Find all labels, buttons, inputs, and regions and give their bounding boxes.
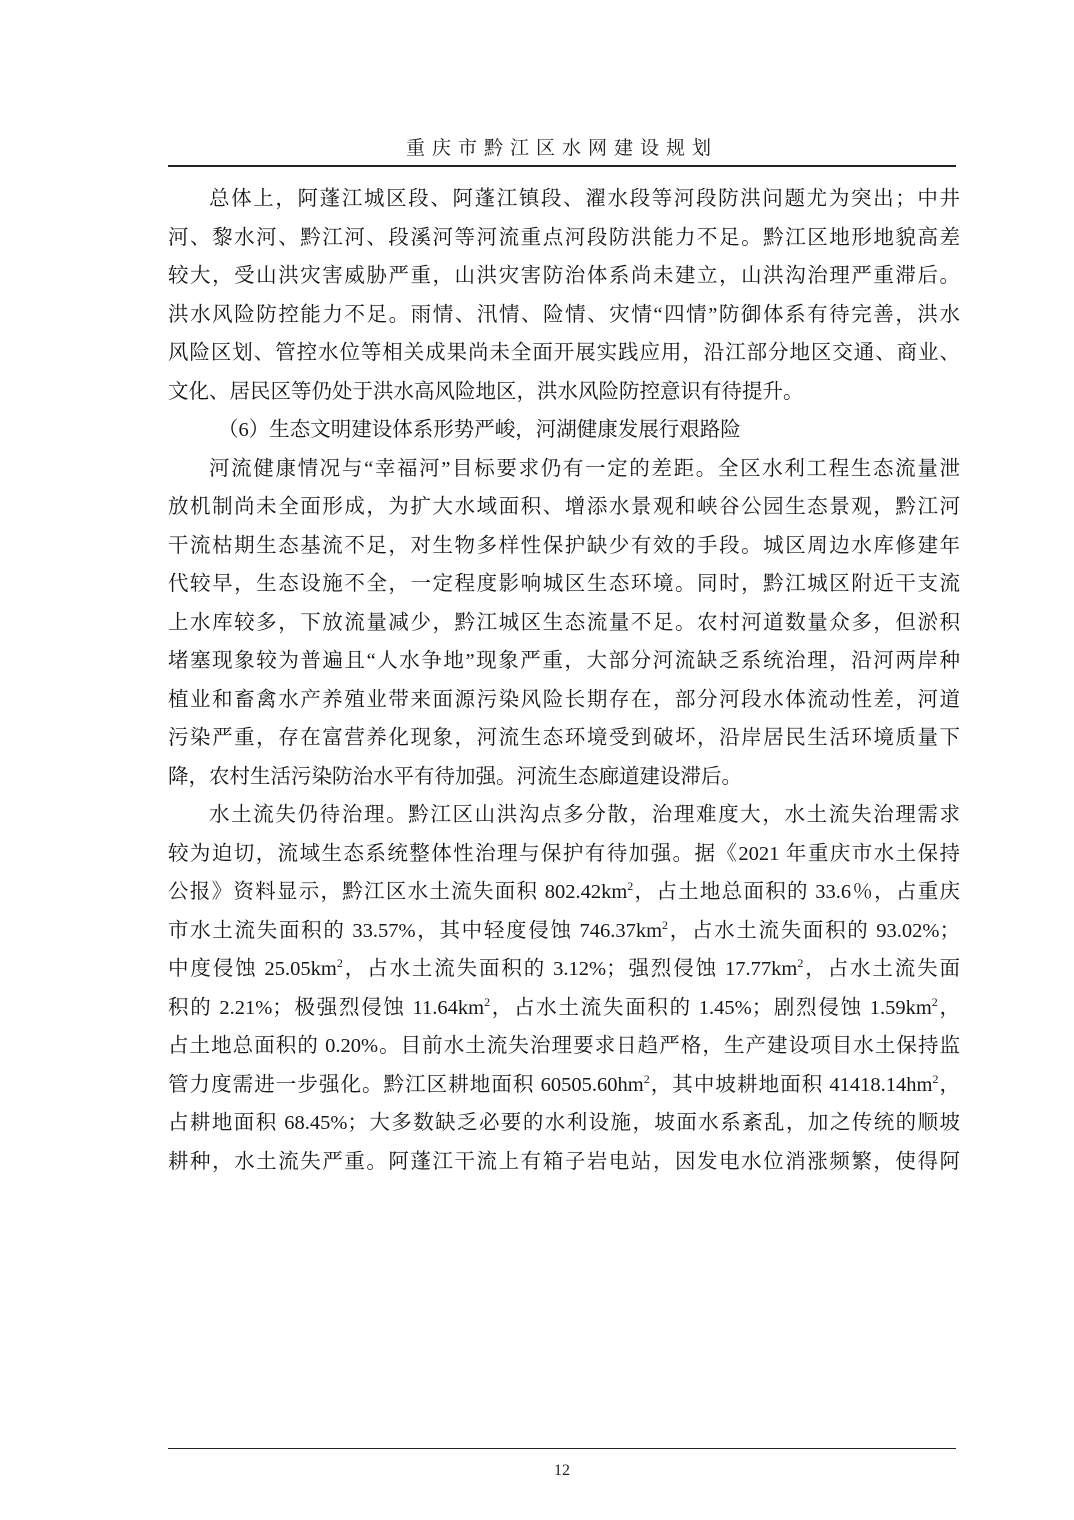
superscript: 2: [484, 995, 490, 1009]
text-line: 降，农村生活污染防治水平有待加强。河流生态廊道建设滞后。: [168, 758, 960, 797]
text-line: 干流枯期生态基流不足，对生物多样性保护缺少有效的手段。城区周边水库修建年: [168, 527, 960, 566]
superscript: 2: [337, 956, 343, 970]
text-line: 积的 2.21%；极强烈侵蚀 11.64km2，占水土流失面积的 1.45%；剧…: [168, 989, 960, 1028]
header-divider: [168, 165, 956, 167]
running-header: 重庆市黔江区水网建设规划: [168, 133, 956, 160]
text-line: 河流健康情况与“幸福河”目标要求仍有一定的差距。全区水利工程生态流量泄: [168, 450, 960, 489]
text-line: 总体上，阿蓬江城区段、阿蓬江镇段、濯水段等河段防洪问题尤为突出；中井: [168, 180, 960, 219]
text-line: 市水土流失面积的 33.57%，其中轻度侵蚀 746.37km2，占水土流失面积…: [168, 912, 960, 951]
superscript: 2: [797, 956, 803, 970]
text-line: 河、黎水河、黔江河、段溪河等河流重点河段防洪能力不足。黔江区地形地貌高差: [168, 219, 960, 258]
body-text: 总体上，阿蓬江城区段、阿蓬江镇段、濯水段等河段防洪问题尤为突出；中井 河、黎水河…: [168, 180, 960, 1181]
text-line: 较为迫切，流域生态系统整体性治理与保护有待加强。据《2021 年重庆市水土保持: [168, 835, 960, 874]
text-line: 放机制尚未全面形成，为扩大水域面积、增添水景观和峡谷公园生态景观，黔江河: [168, 488, 960, 527]
text-line: 占耕地面积 68.45%；大多数缺乏必要的水利设施，坡面水系紊乱，加之传统的顺坡: [168, 1104, 960, 1143]
text-line: 污染严重，存在富营养化现象，河流生态环境受到破坏，沿岸居民生活环境质量下: [168, 719, 960, 758]
superscript: 2: [627, 879, 633, 893]
text-line: 洪水风险防控能力不足。雨情、汛情、险情、灾情“四情”防御体系有待完善，洪水: [168, 296, 960, 335]
text-line: 文化、居民区等仍处于洪水高风险地区，洪水风险防控意识有待提升。: [168, 373, 960, 412]
superscript: 2: [644, 1072, 650, 1086]
text-line: 堵塞现象较为普遍且“人水争地”现象严重，大部分河流缺乏系统治理，沿河两岸种: [168, 642, 960, 681]
superscript: 2: [932, 995, 938, 1009]
text-line: 风险区划、管控水位等相关成果尚未全面开展实践应用，沿江部分地区交通、商业、: [168, 334, 960, 373]
text-line: 公报》资料显示，黔江区水土流失面积 802.42km2，占土地总面积的 33.6…: [168, 873, 960, 912]
text-line: 耕种，水土流失严重。阿蓬江干流上有箱子岩电站，因发电水位消涨频繁，使得阿: [168, 1143, 960, 1182]
text-line: 代较早，生态设施不全，一定程度影响城区生态环境。同时，黔江城区附近干支流: [168, 565, 960, 604]
text-line: 中度侵蚀 25.05km2，占水土流失面积的 3.12%；强烈侵蚀 17.77k…: [168, 950, 960, 989]
text-line: 植业和畜禽水产养殖业带来面源污染风险长期存在，部分河段水体流动性差，河道: [168, 681, 960, 720]
text-line: 较大，受山洪灾害威胁严重，山洪灾害防治体系尚未建立，山洪沟治理严重滞后。: [168, 257, 960, 296]
text-line: 水土流失仍待治理。黔江区山洪沟点多分散，治理难度大，水土流失治理需求: [168, 796, 960, 835]
footer-divider: [168, 1448, 956, 1449]
document-page: 重庆市黔江区水网建设规划 总体上，阿蓬江城区段、阿蓬江镇段、濯水段等河段防洪问题…: [0, 0, 1074, 1520]
page-number: 12: [168, 1462, 956, 1480]
text-line: 上水库较多，下放流量减少，黔江城区生态流量不足。农村河道数量众多，但淤积: [168, 604, 960, 643]
text-line: 占土地总面积的 0.20%。目前水土流失治理要求日趋严格，生产建设项目水土保持监: [168, 1027, 960, 1066]
section-heading: （6）生态文明建设体系形势严峻，河湖健康发展行艰路险: [168, 411, 960, 450]
superscript: 2: [662, 918, 668, 932]
text-line: 管力度需进一步强化。黔江区耕地面积 60505.60hm2，其中坡耕地面积 41…: [168, 1066, 960, 1105]
superscript: 2: [932, 1072, 938, 1086]
